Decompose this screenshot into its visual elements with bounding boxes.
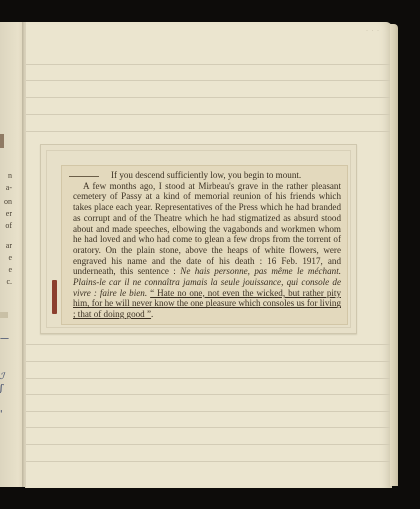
tape-left (52, 280, 57, 314)
left-page-fragment: e (0, 252, 12, 263)
left-page-fragment: n (0, 170, 12, 181)
page-stack-edge (390, 24, 398, 486)
ruled-line (25, 378, 392, 379)
ruled-line (25, 97, 392, 98)
clipping-paragraph: A few months ago, I stood at Mirbeau's g… (73, 181, 341, 320)
left-page-mark (0, 312, 8, 318)
margin-line (25, 22, 26, 488)
left-page-handwriting: ʃ (0, 384, 2, 394)
left-page-fragment: on (0, 196, 12, 207)
ruled-line (25, 114, 392, 115)
scan-scene: n a- on er of ar e e c. — ℐ ʃ ' ˙ ˙ ˙ (0, 0, 420, 509)
ruled-line (25, 411, 392, 412)
corner-mark: ˙ ˙ ˙ (366, 30, 380, 36)
left-page-handwriting: ℐ (0, 372, 4, 382)
left-page-fragment: er (0, 208, 12, 219)
left-page-fragment: ar (0, 240, 12, 251)
ruled-line (25, 444, 392, 445)
first-line-text: If you descend sufficiently low, you beg… (111, 170, 301, 180)
left-page-fragment: of (0, 220, 12, 231)
ruled-line (25, 461, 392, 462)
clipping-dash (69, 176, 99, 177)
left-page-handwriting: ' (0, 410, 2, 420)
ruled-line (25, 344, 392, 345)
clipping-first-line: If you descend sufficiently low, you beg… (73, 170, 341, 181)
paragraph-body: A few months ago, I stood at Mirbeau's g… (73, 181, 341, 277)
ruled-line (25, 64, 392, 65)
left-page-handwriting: — (0, 334, 9, 344)
left-page-fragment: e (0, 264, 12, 275)
ruled-line (25, 394, 392, 395)
ruled-line (25, 427, 392, 428)
ruled-line (25, 131, 392, 132)
left-page-mark (0, 134, 4, 148)
paragraph-end: . (151, 309, 153, 319)
ruled-line (25, 361, 392, 362)
left-page-fragment: c. (0, 276, 12, 287)
newspaper-clipping: If you descend sufficiently low, you beg… (62, 166, 347, 324)
ruled-line (25, 80, 392, 81)
left-page-fragment: a- (0, 182, 12, 193)
